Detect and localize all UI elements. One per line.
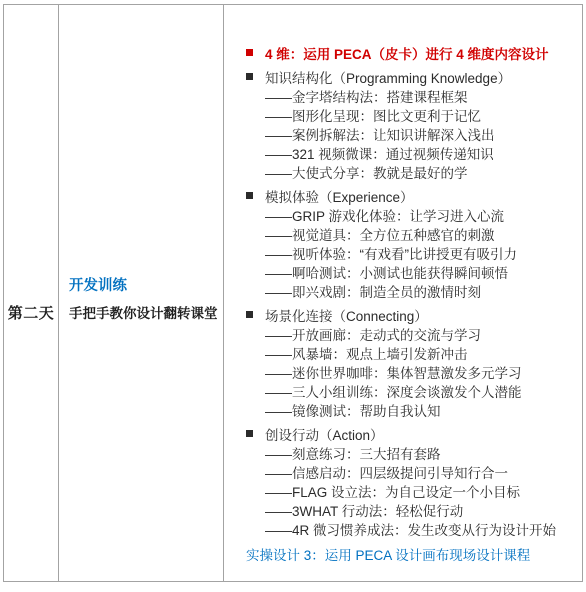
list-item: ——视听体验：“有戏看”比讲授更有吸引力 <box>224 243 582 262</box>
list-item: ——迷你世界咖啡：集体智慧激发多元学习 <box>224 362 582 381</box>
list-item: ——4R 微习惯养成法：发生改变从行为设计开始 <box>224 519 582 538</box>
list-item-text: ——风暴墙：观点上墙引发新冲击 <box>265 343 468 363</box>
bullet-square-icon <box>246 49 253 56</box>
list-item: ——即兴戏剧：制造全员的激情时刻 <box>224 281 582 300</box>
list-item-text: ——视听体验：“有戏看”比讲授更有吸引力 <box>265 243 517 263</box>
list-item-text: ——案例拆解法：让知识讲解深入浅出 <box>265 124 495 144</box>
list-item-text: 创设行动（Action） <box>265 424 384 444</box>
list-item: ——啊哈测试：小测试也能获得瞬间顿悟 <box>224 262 582 281</box>
course-schedule-table: 第二天 开发训练 手把手教你设计翻转课堂 4 维：运用 PECA（皮卡）进行 4… <box>3 4 583 582</box>
list-item-text: 实操设计 3：运用 PECA 设计画布现场设计课程 <box>246 544 530 564</box>
list-item-text: ——开放画廊：走动式的交流与学习 <box>265 324 481 344</box>
list-item: ——321 视频微课：通过视频传递知识 <box>224 143 582 162</box>
list-item-text: ——啊哈测试：小测试也能获得瞬间顿悟 <box>265 262 508 282</box>
list-item: ——三人小组训练：深度会谈激发个人潜能 <box>224 381 582 400</box>
list-item-text: ——3WHAT 行动法：轻松促行动 <box>265 500 463 520</box>
list-item-text: ——镜像测试：帮助自我认知 <box>265 400 441 420</box>
list-item-text: ——三人小组训练：深度会谈激发个人潜能 <box>265 381 522 401</box>
list-item: ——图形化呈现：图比文更利于记忆 <box>224 105 582 124</box>
list-item: ——大使式分享：教就是最好的学 <box>224 162 582 181</box>
list-item: ——风暴墙：观点上墙引发新冲击 <box>224 343 582 362</box>
list-item: ——信感启动：四层级提问引导知行合一 <box>224 462 582 481</box>
list-item-text: 4 维：运用 PECA（皮卡）进行 4 维度内容设计 <box>265 43 549 63</box>
list-item: ——GRIP 游戏化体验：让学习进入心流 <box>224 205 582 224</box>
list-item: ——镜像测试：帮助自我认知 <box>224 400 582 419</box>
list-item: ——视觉道具：全方位五种感官的刺激 <box>224 224 582 243</box>
list-item: 创设行动（Action） <box>224 424 582 443</box>
module-title: 开发训练 <box>69 276 223 296</box>
bullet-square-icon <box>246 73 253 80</box>
module-subtitle: 手把手教你设计翻转课堂 <box>69 304 223 323</box>
list-item: 4 维：运用 PECA（皮卡）进行 4 维度内容设计 <box>224 43 582 62</box>
list-item-text: ——321 视频微课：通过视频传递知识 <box>265 143 494 163</box>
list-item: 场景化连接（Connecting） <box>224 305 582 324</box>
list-item-text: ——刻意练习：三大招有套路 <box>265 443 441 463</box>
bullet-square-icon <box>246 430 253 437</box>
day-label: 第二天 <box>4 304 58 323</box>
list-item: ——3WHAT 行动法：轻松促行动 <box>224 500 582 519</box>
module-cell: 开发训练 手把手教你设计翻转课堂 <box>59 5 224 581</box>
content-cell: 4 维：运用 PECA（皮卡）进行 4 维度内容设计知识结构化（Programm… <box>224 5 582 581</box>
list-item-text: ——迷你世界咖啡：集体智慧激发多元学习 <box>265 362 522 382</box>
list-item-text: ——视觉道具：全方位五种感官的刺激 <box>265 224 495 244</box>
list-item-text: ——大使式分享：教就是最好的学 <box>265 162 468 182</box>
list-item: ——FLAG 设立法：为自己设定一个小目标 <box>224 481 582 500</box>
bullet-square-icon <box>246 192 253 199</box>
list-item-text: ——信感启动：四层级提问引导知行合一 <box>265 462 508 482</box>
list-item-text: 模拟体验（Experience） <box>265 186 414 206</box>
day-cell: 第二天 <box>4 5 59 581</box>
list-item-text: ——4R 微习惯养成法：发生改变从行为设计开始 <box>265 519 556 539</box>
list-item: 模拟体验（Experience） <box>224 186 582 205</box>
content-list: 4 维：运用 PECA（皮卡）进行 4 维度内容设计知识结构化（Programm… <box>224 43 582 563</box>
list-item-text: 知识结构化（Programming Knowledge） <box>265 67 511 87</box>
list-item: 实操设计 3：运用 PECA 设计画布现场设计课程 <box>224 544 582 563</box>
list-item-text: ——即兴戏剧：制造全员的激情时刻 <box>265 281 481 301</box>
list-item: ——刻意练习：三大招有套路 <box>224 443 582 462</box>
list-item: ——金字塔结构法：搭建课程框架 <box>224 86 582 105</box>
list-item-text: ——金字塔结构法：搭建课程框架 <box>265 86 468 106</box>
list-item: ——开放画廊：走动式的交流与学习 <box>224 324 582 343</box>
bullet-square-icon <box>246 311 253 318</box>
list-item-text: ——GRIP 游戏化体验：让学习进入心流 <box>265 205 504 225</box>
list-item-text: ——图形化呈现：图比文更利于记忆 <box>265 105 481 125</box>
list-item: ——案例拆解法：让知识讲解深入浅出 <box>224 124 582 143</box>
list-item-text: 场景化连接（Connecting） <box>265 305 428 325</box>
list-item-text: ——FLAG 设立法：为自己设定一个小目标 <box>265 481 520 501</box>
list-item: 知识结构化（Programming Knowledge） <box>224 67 582 86</box>
